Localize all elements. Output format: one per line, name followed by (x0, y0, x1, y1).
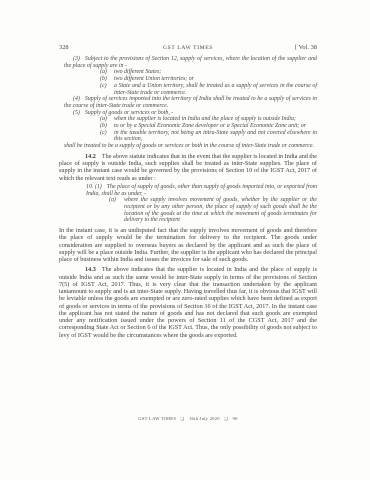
statute-clause-4: (4)Supply of services imported into the … (64, 96, 317, 109)
paragraph-14-2: 14.2The above statute indicates that in … (59, 153, 317, 182)
clause-text: Supply of services imported into the ter… (64, 96, 317, 109)
footer-separator-icon: ❑ (181, 416, 185, 421)
header-journal-title: GST LAW TIMES (124, 45, 253, 52)
page-footer: GST LAW TIMES ❑ 16th July 2020 ❑ 90 (59, 416, 317, 421)
running-header: 328 GST LAW TIMES [ Vol. 38 (59, 44, 317, 52)
statute-extract-section-10: 10. (1)The place of supply of goods, oth… (86, 184, 317, 224)
section-10-lead: 10. (1)The place of supply of goods, oth… (86, 184, 317, 197)
paragraph-number: 14.3 (85, 266, 96, 273)
clause-label: 10. (1) (86, 184, 102, 190)
clause-text: The place of supply of goods, other than… (86, 184, 317, 197)
statute-clause-5-closing: shall be treated to be a supply of goods… (64, 143, 317, 150)
page-body: (3)Subject to the provisions of Section … (59, 56, 317, 339)
paragraph-text: The above statute indicates that in the … (59, 153, 317, 182)
clause-label: (5) (73, 110, 80, 116)
paragraph-instant-case: In the instant case, it is an undisputed… (59, 227, 317, 263)
paragraph-number: 14.2 (85, 153, 96, 160)
footer-separator-icon: ❑ (224, 416, 228, 421)
item-text: two different Union territories; or (114, 76, 317, 83)
clause-label: (4) (73, 96, 80, 102)
item-label: (b) (100, 123, 114, 130)
statute-clause-3-item-c: (c) a State and a Union territory, shall… (100, 83, 317, 96)
paragraph-text: The above indicates that the supplier is… (59, 266, 317, 338)
footer-date: 16th July 2020 (189, 416, 220, 421)
clause-text: Supply of goods or services or both, - (85, 110, 173, 116)
statute-clause-3-item-b: (b) two different Union territories; or (100, 76, 317, 83)
statute-clause-3: (3)Subject to the provisions of Section … (64, 56, 317, 69)
statute-extract-section-7: (3)Subject to the provisions of Section … (59, 56, 317, 150)
statute-clause-5-item-c: (c) in the taxable territory, not being … (100, 130, 317, 143)
item-text: a State and a Union territory, shall be … (114, 83, 317, 96)
statute-clause-5-item-a: (a) when the supplier is located in Indi… (100, 116, 317, 123)
item-label: (c) (100, 130, 114, 143)
journal-page: 328 GST LAW TIMES [ Vol. 38 (3)Subject t… (0, 0, 370, 480)
header-volume: [ Vol. 38 (253, 44, 318, 51)
item-text: when the supplier is located in India an… (114, 116, 317, 123)
item-label: (a) (109, 197, 124, 224)
item-text: in the taxable territory, not being an i… (114, 130, 317, 143)
item-text: to or by a Special Economic Zone develop… (114, 123, 317, 130)
statute-clause-5-item-b: (b) to or by a Special Economic Zone dev… (100, 123, 317, 130)
item-label: (c) (100, 83, 114, 96)
header-page-number: 328 (59, 44, 124, 51)
item-label: (b) (100, 76, 114, 83)
clause-label: (3) (73, 56, 80, 62)
footer-journal-title: GST LAW TIMES (138, 416, 176, 421)
clause-text: Subject to the provisions of Section 12,… (64, 56, 317, 69)
item-text: where the supply involves movement of go… (124, 197, 317, 224)
footer-page-number: 90 (233, 416, 238, 421)
section-10-item-a: (a) where the supply involves movement o… (109, 197, 317, 224)
paragraph-14-3: 14.3The above indicates that the supplie… (59, 266, 317, 339)
